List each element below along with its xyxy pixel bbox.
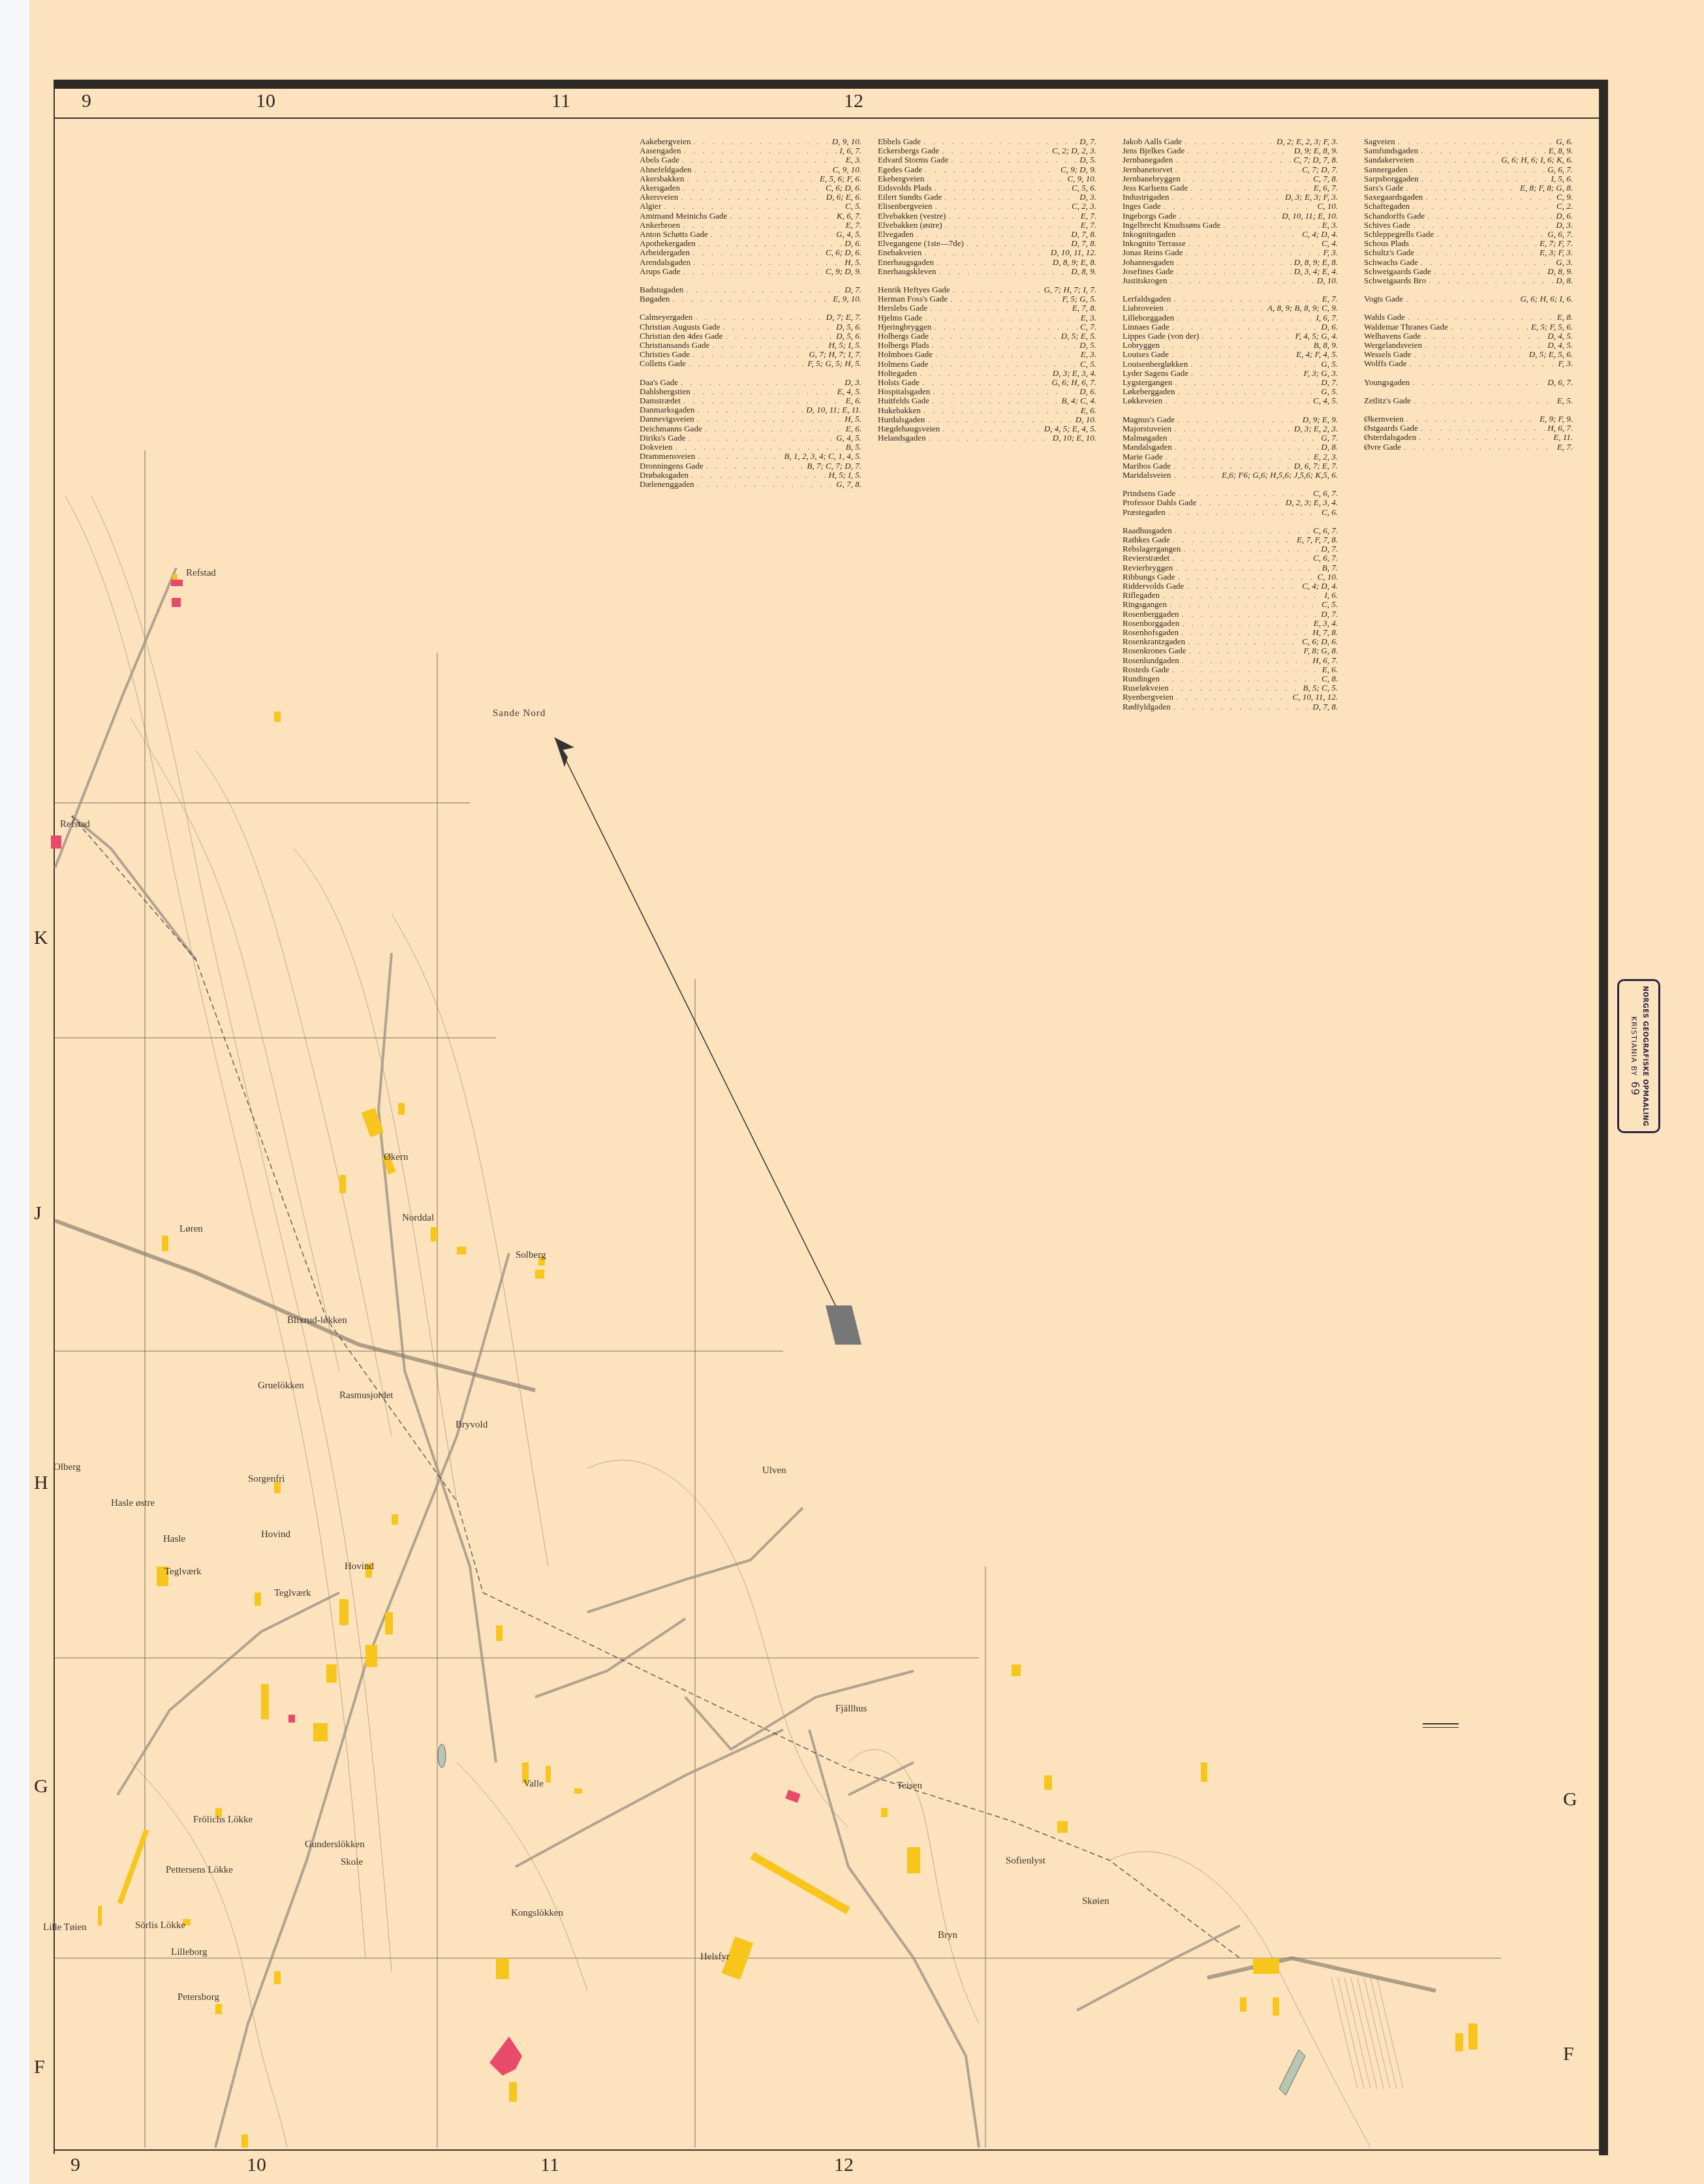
- street-name: Bøgaden: [640, 294, 670, 304]
- leader-dots: . . . . . . . . . . . . . . . . . . . . …: [924, 248, 1048, 257]
- grid-reference: D, 8, 9.: [1071, 267, 1096, 276]
- street-name: Colletts Gade: [640, 359, 686, 368]
- index-entry: Ebbels Gade. . . . . . . . . . . . . . .…: [878, 137, 1096, 146]
- index-entry: Anton Schøtts Gade. . . . . . . . . . . …: [640, 230, 861, 239]
- leader-dots: . . . . . . . . . . . . . . . . . . . . …: [1174, 424, 1292, 433]
- leader-dots: . . . . . . . . . . . . . . . . . . . . …: [948, 211, 1077, 221]
- leader-dots: . . . . . . . . . . . . . . . . . . . . …: [1177, 313, 1313, 322]
- index-gap: [640, 276, 861, 285]
- leader-dots: . . . . . . . . . . . . . . . . . . . . …: [929, 433, 1050, 443]
- grid-reference: C, 9, 10.: [1068, 174, 1096, 183]
- index-entry: Holsts Gade. . . . . . . . . . . . . . .…: [878, 378, 1096, 387]
- place-label: Frölichs Lökke: [193, 1815, 253, 1826]
- grid-reference: G, 4, 5.: [836, 433, 861, 443]
- leader-dots: . . . . . . . . . . . . . . . . . . . . …: [932, 396, 1059, 405]
- street-name: Aasengaden: [640, 146, 681, 155]
- index-entry: Rundingen. . . . . . . . . . . . . . . .…: [1123, 674, 1338, 683]
- leader-dots: . . . . . . . . . . . . . . . . . . . . …: [1171, 683, 1301, 693]
- place-label: Kongslökken: [511, 1908, 563, 1919]
- index-entry: Elvebakken (vestre). . . . . . . . . . .…: [878, 211, 1096, 221]
- index-entry: Egedes Gade. . . . . . . . . . . . . . .…: [878, 165, 1096, 174]
- grid-reference: E, 11.: [1553, 433, 1573, 442]
- street-name: Rundingen: [1123, 674, 1160, 683]
- index-entry: Jess Karlsens Gade. . . . . . . . . . . …: [1123, 183, 1338, 193]
- street-name: Ingeborgs Gade: [1123, 211, 1176, 221]
- grid-reference: C, 2; D, 2, 3.: [1052, 146, 1096, 155]
- grid-reference: E, 7.: [1322, 294, 1338, 304]
- index-entry: Eckersbergs Gade. . . . . . . . . . . . …: [878, 146, 1096, 155]
- grid-reference: D, 3.: [844, 378, 861, 387]
- grid-reference: E, 7.: [1081, 211, 1096, 221]
- index-entry: Aasengaden. . . . . . . . . . . . . . . …: [640, 146, 861, 155]
- grid-reference: D, 8, 9; E, 8.: [1294, 258, 1338, 267]
- leader-dots: . . . . . . . . . . . . . . . . . . . . …: [1406, 414, 1537, 424]
- stamp-number: 69: [1629, 1082, 1641, 1096]
- grid-reference: D, 3; E, 3; F, 3.: [1285, 193, 1338, 202]
- grid-reference: D, 7.: [1079, 137, 1096, 146]
- street-name: Apothekergaden: [640, 239, 696, 248]
- street-name: Calmeyergaden: [640, 313, 692, 322]
- grid-reference: G, 6; H, 6, 7.: [1051, 378, 1096, 387]
- index-entry: Sagveien. . . . . . . . . . . . . . . . …: [1364, 137, 1573, 146]
- grid-reference: C, 5.: [1322, 600, 1338, 609]
- street-name: Elvebakken (vestre): [878, 211, 946, 221]
- leader-dots: . . . . . . . . . . . . . . . . . . . . …: [1425, 193, 1554, 202]
- street-name: Akersgaden: [640, 183, 680, 193]
- grid-reference: C, 6; D, 6.: [1302, 637, 1338, 646]
- street-name: Revierbryggen: [1123, 563, 1173, 572]
- grid-reference: D, 5, 6.: [836, 322, 861, 332]
- grid-reference: D, 6.: [844, 239, 861, 248]
- index-entry: Inges Gade. . . . . . . . . . . . . . . …: [1123, 202, 1338, 211]
- leader-dots: . . . . . . . . . . . . . . . . . . . . …: [1412, 378, 1545, 387]
- grid-reference: E, 3.: [846, 155, 861, 164]
- index-entry: Dronningens Gade. . . . . . . . . . . . …: [640, 461, 861, 471]
- grid-reference: G, 6; H, 6; I, 6.: [1520, 294, 1573, 304]
- leader-dots: . . . . . . . . . . . . . . . . . . . . …: [1162, 591, 1322, 600]
- street-name: Professor Dahls Gade: [1123, 498, 1196, 507]
- index-entry: Inkognito Terrasse. . . . . . . . . . . …: [1123, 239, 1338, 248]
- leader-dots: . . . . . . . . . . . . . . . . . . . . …: [1176, 267, 1291, 276]
- leader-dots: . . . . . . . . . . . . . . . . . . . . …: [937, 258, 1050, 267]
- street-name: Lilleborggaden: [1123, 313, 1174, 322]
- leader-dots: . . . . . . . . . . . . . . . . . . . . …: [1170, 276, 1314, 285]
- place-label: Refstad: [186, 568, 216, 579]
- grid-reference: C, 6, 7.: [1313, 526, 1338, 535]
- grid-reference: C, 4; D, 4.: [1302, 230, 1338, 239]
- street-name: Rosenkrantzgaden: [1123, 637, 1185, 646]
- place-label: Sörlis Lökke: [135, 1920, 185, 1931]
- index-entry: Enerhaugskleven. . . . . . . . . . . . .…: [878, 267, 1096, 276]
- index-entry: Majorstuveien. . . . . . . . . . . . . .…: [1123, 424, 1338, 433]
- index-entry: Vogts Gade. . . . . . . . . . . . . . . …: [1364, 294, 1573, 304]
- place-label: Gunderslökken: [305, 1839, 365, 1850]
- leader-dots: . . . . . . . . . . . . . . . . . . . . …: [930, 304, 1070, 313]
- north-arrow-icon: [555, 738, 861, 1345]
- index-entry: Riddervolds Gade. . . . . . . . . . . . …: [1123, 582, 1338, 591]
- index-gap: [1364, 405, 1573, 414]
- grid-reference: C, 5, 6.: [1072, 183, 1096, 193]
- grid-reference: E, 8.: [1557, 313, 1573, 322]
- grid-reference: C, 4.: [1322, 239, 1338, 248]
- grid-reference: G, 7.: [1321, 433, 1338, 443]
- place-label: Norddal: [402, 1213, 434, 1224]
- street-name: Saxegaardsgaden: [1364, 193, 1423, 202]
- index-entry: Lyder Sagens Gade. . . . . . . . . . . .…: [1123, 369, 1338, 378]
- street-name: Wergelandsveien: [1364, 341, 1422, 350]
- index-entry: Rødfyldgaden. . . . . . . . . . . . . . …: [1123, 702, 1338, 711]
- leader-dots: . . . . . . . . . . . . . . . . . . . . …: [952, 285, 1041, 294]
- street-name: Hjeringbryggen: [878, 322, 931, 332]
- leader-dots: . . . . . . . . . . . . . . . . . . . . …: [1429, 276, 1553, 285]
- index-entry: Jernbanebryggen. . . . . . . . . . . . .…: [1123, 174, 1338, 183]
- leader-dots: . . . . . . . . . . . . . . . . . . . . …: [935, 202, 1070, 211]
- leader-dots: . . . . . . . . . . . . . . . . . . . . …: [1421, 146, 1546, 155]
- index-entry: Hukebakken. . . . . . . . . . . . . . . …: [878, 406, 1096, 415]
- place-label: Lilleborg: [171, 1947, 208, 1958]
- index-entry: Ahnefeldgaden. . . . . . . . . . . . . .…: [640, 165, 861, 174]
- leader-dots: . . . . . . . . . . . . . . . . . . . . …: [942, 424, 1042, 433]
- leader-dots: . . . . . . . . . . . . . . . . . . . . …: [698, 452, 781, 461]
- grid-reference: E, 6.: [1322, 665, 1338, 674]
- street-name: Schweigaards Bro: [1364, 276, 1426, 285]
- street-name: Liabroveien: [1123, 304, 1164, 313]
- index-entry: Elisenbergveien. . . . . . . . . . . . .…: [878, 202, 1096, 211]
- index-entry: Wessels Gade. . . . . . . . . . . . . . …: [1364, 350, 1573, 359]
- archive-stamp: NORGES GEOGRAFISKE OPMAALING KRISTIANIA …: [1617, 979, 1660, 1133]
- index-end-rule: [1423, 1723, 1459, 1728]
- street-name: Raadhusgaden: [1123, 526, 1172, 535]
- index-entry: Drøbaksgaden. . . . . . . . . . . . . . …: [640, 471, 861, 480]
- index-entry: Mandalsgaden. . . . . . . . . . . . . . …: [1123, 443, 1338, 452]
- grid-reference: G, 5.: [1321, 360, 1338, 369]
- leader-dots: . . . . . . . . . . . . . . . . . . . . …: [1190, 360, 1318, 369]
- street-name: Zetlitz's Gade: [1364, 396, 1411, 405]
- leader-dots: . . . . . . . . . . . . . . . . . . . . …: [923, 406, 1078, 415]
- index-entry: Industrigaden. . . . . . . . . . . . . .…: [1123, 193, 1338, 202]
- index-entry: Revierbryggen. . . . . . . . . . . . . .…: [1123, 563, 1338, 572]
- street-name: Hospitalsgaden: [878, 387, 930, 396]
- index-entry: Dokveien. . . . . . . . . . . . . . . . …: [640, 443, 861, 452]
- index-entry: Arbeidergaden. . . . . . . . . . . . . .…: [640, 248, 861, 257]
- grid-reference: C, 4, 5.: [1313, 396, 1338, 405]
- leader-dots: . . . . . . . . . . . . . . . . . . . . …: [694, 165, 829, 174]
- grid-reference: D, 5; E, 5.: [1061, 332, 1096, 341]
- north-arrow-label: Sande Nord: [493, 708, 546, 719]
- index-entry: Daa's Gade. . . . . . . . . . . . . . . …: [640, 378, 861, 387]
- place-label: Hovind: [345, 1561, 374, 1572]
- index-entry: Elvebakken (østre). . . . . . . . . . . …: [878, 221, 1096, 230]
- grid-reference: C, 7, 8.: [1313, 174, 1338, 183]
- index-entry: Jonas Reins Gade. . . . . . . . . . . . …: [1123, 248, 1338, 257]
- grid-reference: E, 5.: [1557, 396, 1573, 405]
- grid-reference: E, 8; F, 8; G, 8.: [1520, 183, 1573, 193]
- index-entry: Deichmanns Gade. . . . . . . . . . . . .…: [640, 424, 861, 433]
- index-entry: Lippes Gade (von der). . . . . . . . . .…: [1123, 332, 1338, 341]
- street-name: Ruseløkveien: [1123, 683, 1169, 693]
- index-entry: Lerfaldsgaden. . . . . . . . . . . . . .…: [1123, 294, 1338, 304]
- index-entry: Arendalsgaden. . . . . . . . . . . . . .…: [640, 258, 861, 267]
- grid-reference: H, 6, 7.: [1312, 656, 1338, 665]
- grid-reference: E, 4; F, 4, 5.: [1296, 350, 1338, 359]
- grid-reference: D, 10; E, 10.: [1053, 433, 1096, 443]
- leader-dots: . . . . . . . . . . . . . . . . . . . . …: [1175, 155, 1291, 164]
- index-entry: Samfundsgaden. . . . . . . . . . . . . .…: [1364, 146, 1573, 155]
- grid-reference: E, 7, 8.: [1072, 304, 1096, 313]
- grid-reference: C, 5.: [1080, 360, 1096, 369]
- grid-reference: D, 8.: [1321, 443, 1338, 452]
- index-entry: Schaftegaden. . . . . . . . . . . . . . …: [1364, 202, 1573, 211]
- street-name: Rosteds Gade: [1123, 665, 1170, 674]
- leader-dots: . . . . . . . . . . . . . . . . . . . . …: [1223, 221, 1320, 230]
- index-gap: [878, 276, 1096, 285]
- street-name: Øvre Gade: [1364, 443, 1401, 452]
- grid-reference: H, 6, 7.: [1547, 424, 1573, 433]
- street-name: Sagveien: [1364, 137, 1395, 146]
- grid-reference: F, 3; G, 3.: [1304, 369, 1338, 378]
- index-entry: Schultz's Gade. . . . . . . . . . . . . …: [1364, 248, 1573, 257]
- index-entry: Rosenborggaden. . . . . . . . . . . . . …: [1123, 619, 1338, 628]
- index-entry: Christies Gade. . . . . . . . . . . . . …: [640, 350, 861, 359]
- grid-reference: D, 8, 9; E, 8.: [1053, 258, 1096, 267]
- index-entry: Prindsens Gade. . . . . . . . . . . . . …: [1123, 489, 1338, 498]
- leader-dots: . . . . . . . . . . . . . . . . . . . . …: [1186, 582, 1299, 591]
- grid-reference: I, 6, 7.: [839, 146, 861, 155]
- grid-reference: E, 5; F, 5, 6.: [1531, 322, 1573, 332]
- grid-reference: I, 5, 6.: [1551, 174, 1573, 183]
- leader-dots: . . . . . . . . . . . . . . . . . . . . …: [1173, 461, 1292, 471]
- grid-reference: D, 6.: [1079, 387, 1096, 396]
- grid-reference: B, 7.: [1322, 563, 1338, 572]
- leader-dots: . . . . . . . . . . . . . . . . . . . . …: [711, 230, 834, 239]
- index-entry: Schweigaards Bro. . . . . . . . . . . . …: [1364, 276, 1573, 285]
- street-name: Louisenbergløkken: [1123, 360, 1188, 369]
- leader-dots: . . . . . . . . . . . . . . . . . . . . …: [682, 155, 843, 164]
- grid-reference: G, 6, 7.: [1547, 230, 1573, 239]
- street-name: Enerhaugskleven: [878, 267, 937, 276]
- leader-dots: . . . . . . . . . . . . . . . . . . . . …: [1421, 424, 1545, 433]
- street-name: Prindsens Gade: [1123, 489, 1175, 498]
- index-entry: Revierstrædet. . . . . . . . . . . . . .…: [1123, 554, 1338, 563]
- grid-reference: E,6; F6; G,6; H,5,6; J,5,6; K,5, 6.: [1222, 471, 1338, 480]
- street-index-column: Aakebergveien. . . . . . . . . . . . . .…: [640, 137, 861, 489]
- street-name: Deichmanns Gade: [640, 424, 702, 433]
- index-entry: Zetlitz's Gade. . . . . . . . . . . . . …: [1364, 396, 1573, 405]
- street-name: Rebslagergangen: [1123, 544, 1181, 554]
- street-name: Sars's Gade: [1364, 183, 1403, 193]
- leader-dots: . . . . . . . . . . . . . . . . . . . . …: [1410, 165, 1545, 174]
- index-entry: Abels Gade. . . . . . . . . . . . . . . …: [640, 155, 861, 164]
- index-entry: Dælenenggaden. . . . . . . . . . . . . .…: [640, 480, 861, 489]
- street-name: Rosenborggaden: [1123, 619, 1179, 628]
- index-entry: Holmens Gade. . . . . . . . . . . . . . …: [878, 360, 1096, 369]
- street-name: Diriks's Gade: [640, 433, 686, 443]
- street-name: Østgaards Gade: [1364, 424, 1418, 433]
- grid-reference: C, 7; D, 7.: [1302, 165, 1338, 174]
- grid-reference: C, 9.: [1557, 193, 1573, 202]
- grid-reference: I, 6, 7.: [1316, 313, 1338, 322]
- leader-dots: . . . . . . . . . . . . . . . . . . . . …: [1404, 443, 1555, 452]
- grid-reference: C, 6; D, 6.: [826, 248, 861, 257]
- grid-reference: D, 7.: [1321, 610, 1338, 619]
- index-entry: Hægdehaugsveien. . . . . . . . . . . . .…: [878, 424, 1096, 433]
- leader-dots: . . . . . . . . . . . . . . . . . . . . …: [1191, 369, 1301, 378]
- street-name: Holtegaden: [878, 369, 917, 378]
- leader-dots: . . . . . . . . . . . . . . . . . . . . …: [1164, 202, 1315, 211]
- index-entry: Dahlsbergstien. . . . . . . . . . . . . …: [640, 387, 861, 396]
- place-label: Ulven: [762, 1465, 786, 1476]
- grid-reference: E, 7.: [1081, 221, 1096, 230]
- index-entry: Holmboes Gade. . . . . . . . . . . . . .…: [878, 350, 1096, 359]
- grid-reference: G, 5.: [1321, 387, 1338, 396]
- grid-reference: C, 9; D, 9.: [826, 267, 861, 276]
- street-name: Lyder Sagens Gade: [1123, 369, 1188, 378]
- leader-dots: . . . . . . . . . . . . . . . . . . . . …: [1175, 165, 1300, 174]
- place-label: Skole: [341, 1857, 363, 1868]
- leader-dots: . . . . . . . . . . . . . . . . . . . . …: [1173, 535, 1294, 544]
- grid-reference: D, 4, 5.: [1547, 341, 1573, 350]
- index-gap: [1123, 517, 1338, 526]
- leader-dots: . . . . . . . . . . . . . . . . . . . . …: [697, 414, 843, 424]
- grid-reference: E, 6.: [1081, 406, 1096, 415]
- grid-reference: D, 6; E, 6.: [826, 193, 861, 202]
- leader-dots: . . . . . . . . . . . . . . . . . . . . …: [712, 341, 826, 350]
- street-name: Rødfyldgaden: [1123, 702, 1171, 711]
- leader-dots: . . . . . . . . . . . . . . . . . . . . …: [923, 137, 1077, 146]
- leader-dots: . . . . . . . . . . . . . . . . . . . . …: [723, 322, 834, 332]
- grid-reference: D, 6.: [1556, 211, 1573, 221]
- street-name: Dannevigsveien: [640, 414, 694, 424]
- grid-reference: E, 7.: [846, 221, 861, 230]
- street-name: Elvegangene (1ste—7de): [878, 239, 964, 248]
- street-name: Sandakerveien: [1364, 155, 1414, 164]
- index-entry: Sars's Gade. . . . . . . . . . . . . . .…: [1364, 183, 1573, 193]
- grid-reference: E, 9; F, 9.: [1540, 414, 1573, 424]
- grid-reference: E, 6.: [846, 424, 861, 433]
- street-name: Schwachs Gade: [1364, 258, 1418, 267]
- grid-reference: F, 5; G, 5.: [1062, 294, 1096, 304]
- street-name: Daa's Gade: [640, 378, 678, 387]
- index-entry: Henrik Heftyes Gade. . . . . . . . . . .…: [878, 285, 1096, 294]
- leader-dots: . . . . . . . . . . . . . . . . . . . . …: [922, 378, 1049, 387]
- index-entry: Louisenbergløkken. . . . . . . . . . . .…: [1123, 360, 1338, 369]
- street-name: Arups Gade: [640, 267, 680, 276]
- leader-dots: . . . . . . . . . . . . . . . . . . . . …: [1178, 387, 1319, 396]
- grid-reference: D, 9, 10.: [832, 137, 861, 146]
- grid-reference: D, 7, 8.: [1312, 702, 1338, 711]
- place-label: Hasle: [163, 1534, 185, 1545]
- leader-dots: . . . . . . . . . . . . . . . . . . . . …: [706, 461, 805, 471]
- street-name: Dahlsbergstien: [640, 387, 690, 396]
- index-entry: Wolffs Gade. . . . . . . . . . . . . . .…: [1364, 359, 1573, 368]
- index-entry: Hjeringbryggen. . . . . . . . . . . . . …: [878, 322, 1096, 332]
- street-name: Ingelbrecht Knudssøns Gade: [1123, 221, 1220, 230]
- index-entry: Edvard Storms Gade. . . . . . . . . . . …: [878, 155, 1096, 164]
- leader-dots: . . . . . . . . . . . . . . . . . . . . …: [1417, 248, 1537, 257]
- street-name: Ryenbergveien: [1123, 693, 1173, 702]
- grid-reference: D, 3.: [1556, 221, 1573, 230]
- street-name: Wessels Gade: [1364, 350, 1411, 359]
- grid-reference: B, 5.: [846, 443, 861, 452]
- grid-reference: B, 1, 2, 3, 4; C, 1, 4, 5.: [784, 452, 861, 461]
- index-entry: Christiansands Gade. . . . . . . . . . .…: [640, 341, 861, 350]
- index-entry: Marie Gade. . . . . . . . . . . . . . . …: [1123, 452, 1338, 461]
- leader-dots: . . . . . . . . . . . . . . . . . . . . …: [1189, 646, 1301, 655]
- index-gap: [1123, 406, 1338, 415]
- leader-dots: . . . . . . . . . . . . . . . . . . . . …: [916, 230, 1068, 239]
- grid-reference: D, 6.: [1321, 322, 1338, 332]
- place-label: Skøien: [1082, 1896, 1109, 1907]
- leader-dots: . . . . . . . . . . . . . . . . . . . . …: [927, 415, 1073, 424]
- street-name: Mandalsgaden: [1123, 443, 1172, 452]
- grid-reference: D, 2, 3; E, 3, 4.: [1286, 498, 1338, 507]
- grid-reference: G, 7; H, 7; I, 7.: [1044, 285, 1096, 294]
- leader-dots: . . . . . . . . . . . . . . . . . . . . …: [1183, 544, 1318, 554]
- leader-dots: . . . . . . . . . . . . . . . . . . . . …: [1425, 341, 1545, 350]
- street-name: Løkeberggaden: [1123, 387, 1175, 396]
- grid-reference: A, 8, 9; B, 8, 9; C, 9.: [1267, 304, 1338, 313]
- leader-dots: . . . . . . . . . . . . . . . . . . . . …: [1412, 239, 1537, 248]
- grid-reference: D, 2; E, 2, 3; F, 3.: [1277, 137, 1338, 146]
- leader-dots: . . . . . . . . . . . . . . . . . . . . …: [1185, 137, 1274, 146]
- leader-dots: . . . . . . . . . . . . . . . . . . . . …: [1423, 332, 1545, 341]
- grid-reference: G, 7; H, 7; I, 7.: [809, 350, 861, 359]
- leader-dots: . . . . . . . . . . . . . . . . . . . . …: [1183, 174, 1310, 183]
- street-name: Hurdalsgaden: [878, 415, 925, 424]
- street-name: Vogts Gade: [1364, 294, 1403, 304]
- grid-reference: D, 5, 6.: [836, 332, 861, 341]
- leader-dots: . . . . . . . . . . . . . . . . . . . . …: [683, 183, 823, 193]
- index-entry: Arups Gade. . . . . . . . . . . . . . . …: [640, 267, 861, 276]
- leader-dots: . . . . . . . . . . . . . . . . . . . . …: [950, 294, 1059, 304]
- grid-reference: G, 3.: [1556, 258, 1573, 267]
- place-label: Valle: [523, 1779, 544, 1790]
- grid-reference: C, 4; D, 4.: [1302, 582, 1338, 591]
- index-entry: Lobryggen. . . . . . . . . . . . . . . .…: [1123, 341, 1338, 350]
- place-label: Blixrud-løkken: [287, 1315, 347, 1326]
- leader-dots: . . . . . . . . . . . . . . . . . . . . …: [1436, 230, 1545, 239]
- street-name: Holmens Gade: [878, 360, 929, 369]
- leader-dots: . . . . . . . . . . . . . . . . . . . . …: [693, 137, 829, 146]
- leader-dots: . . . . . . . . . . . . . . . . . . . . …: [698, 239, 843, 248]
- street-index-column: Jakob Aalls Gade. . . . . . . . . . . . …: [1123, 137, 1338, 711]
- street-name: Holmboes Gade: [878, 350, 933, 359]
- leader-dots: . . . . . . . . . . . . . . . . . . . . …: [705, 424, 843, 433]
- index-entry: Østgaards Gade. . . . . . . . . . . . . …: [1364, 424, 1573, 433]
- grid-reference: F, 5; G, 5; H, 5.: [808, 359, 861, 368]
- leader-dots: . . . . . . . . . . . . . . . . . . . . …: [730, 211, 834, 221]
- index-entry: Christian den 4des Gade. . . . . . . . .…: [640, 332, 861, 341]
- index-entry: Youngsgaden. . . . . . . . . . . . . . .…: [1364, 378, 1573, 387]
- index-entry: Schandorffs Gade. . . . . . . . . . . . …: [1364, 211, 1573, 221]
- index-entry: Rosenhofsgaden. . . . . . . . . . . . . …: [1123, 628, 1338, 637]
- grid-reference: D, 5; E, 5, 6.: [1529, 350, 1573, 359]
- grid-reference: F, 3.: [1323, 248, 1338, 257]
- leader-dots: . . . . . . . . . . . . . . . . . . . . …: [927, 174, 1064, 183]
- index-entry: Ryenbergveien. . . . . . . . . . . . . .…: [1123, 693, 1338, 702]
- place-label: Olberg: [54, 1462, 80, 1473]
- grid-reference: D, 7, 8.: [1071, 230, 1096, 239]
- street-name: Danmarksgaden: [640, 405, 694, 414]
- index-entry: Rebslagergangen. . . . . . . . . . . . .…: [1123, 544, 1338, 554]
- index-entry: Schwachs Gade. . . . . . . . . . . . . .…: [1364, 258, 1573, 267]
- grid-reference: D, 10, 11; E, 11.: [806, 405, 861, 414]
- index-gap: [1364, 285, 1573, 294]
- street-name: Akersveien: [640, 193, 678, 202]
- index-entry: Damstrædet. . . . . . . . . . . . . . . …: [640, 396, 861, 405]
- leader-dots: . . . . . . . . . . . . . . . . . . . . …: [1179, 211, 1279, 221]
- leader-dots: . . . . . . . . . . . . . . . . . . . . …: [1177, 415, 1300, 424]
